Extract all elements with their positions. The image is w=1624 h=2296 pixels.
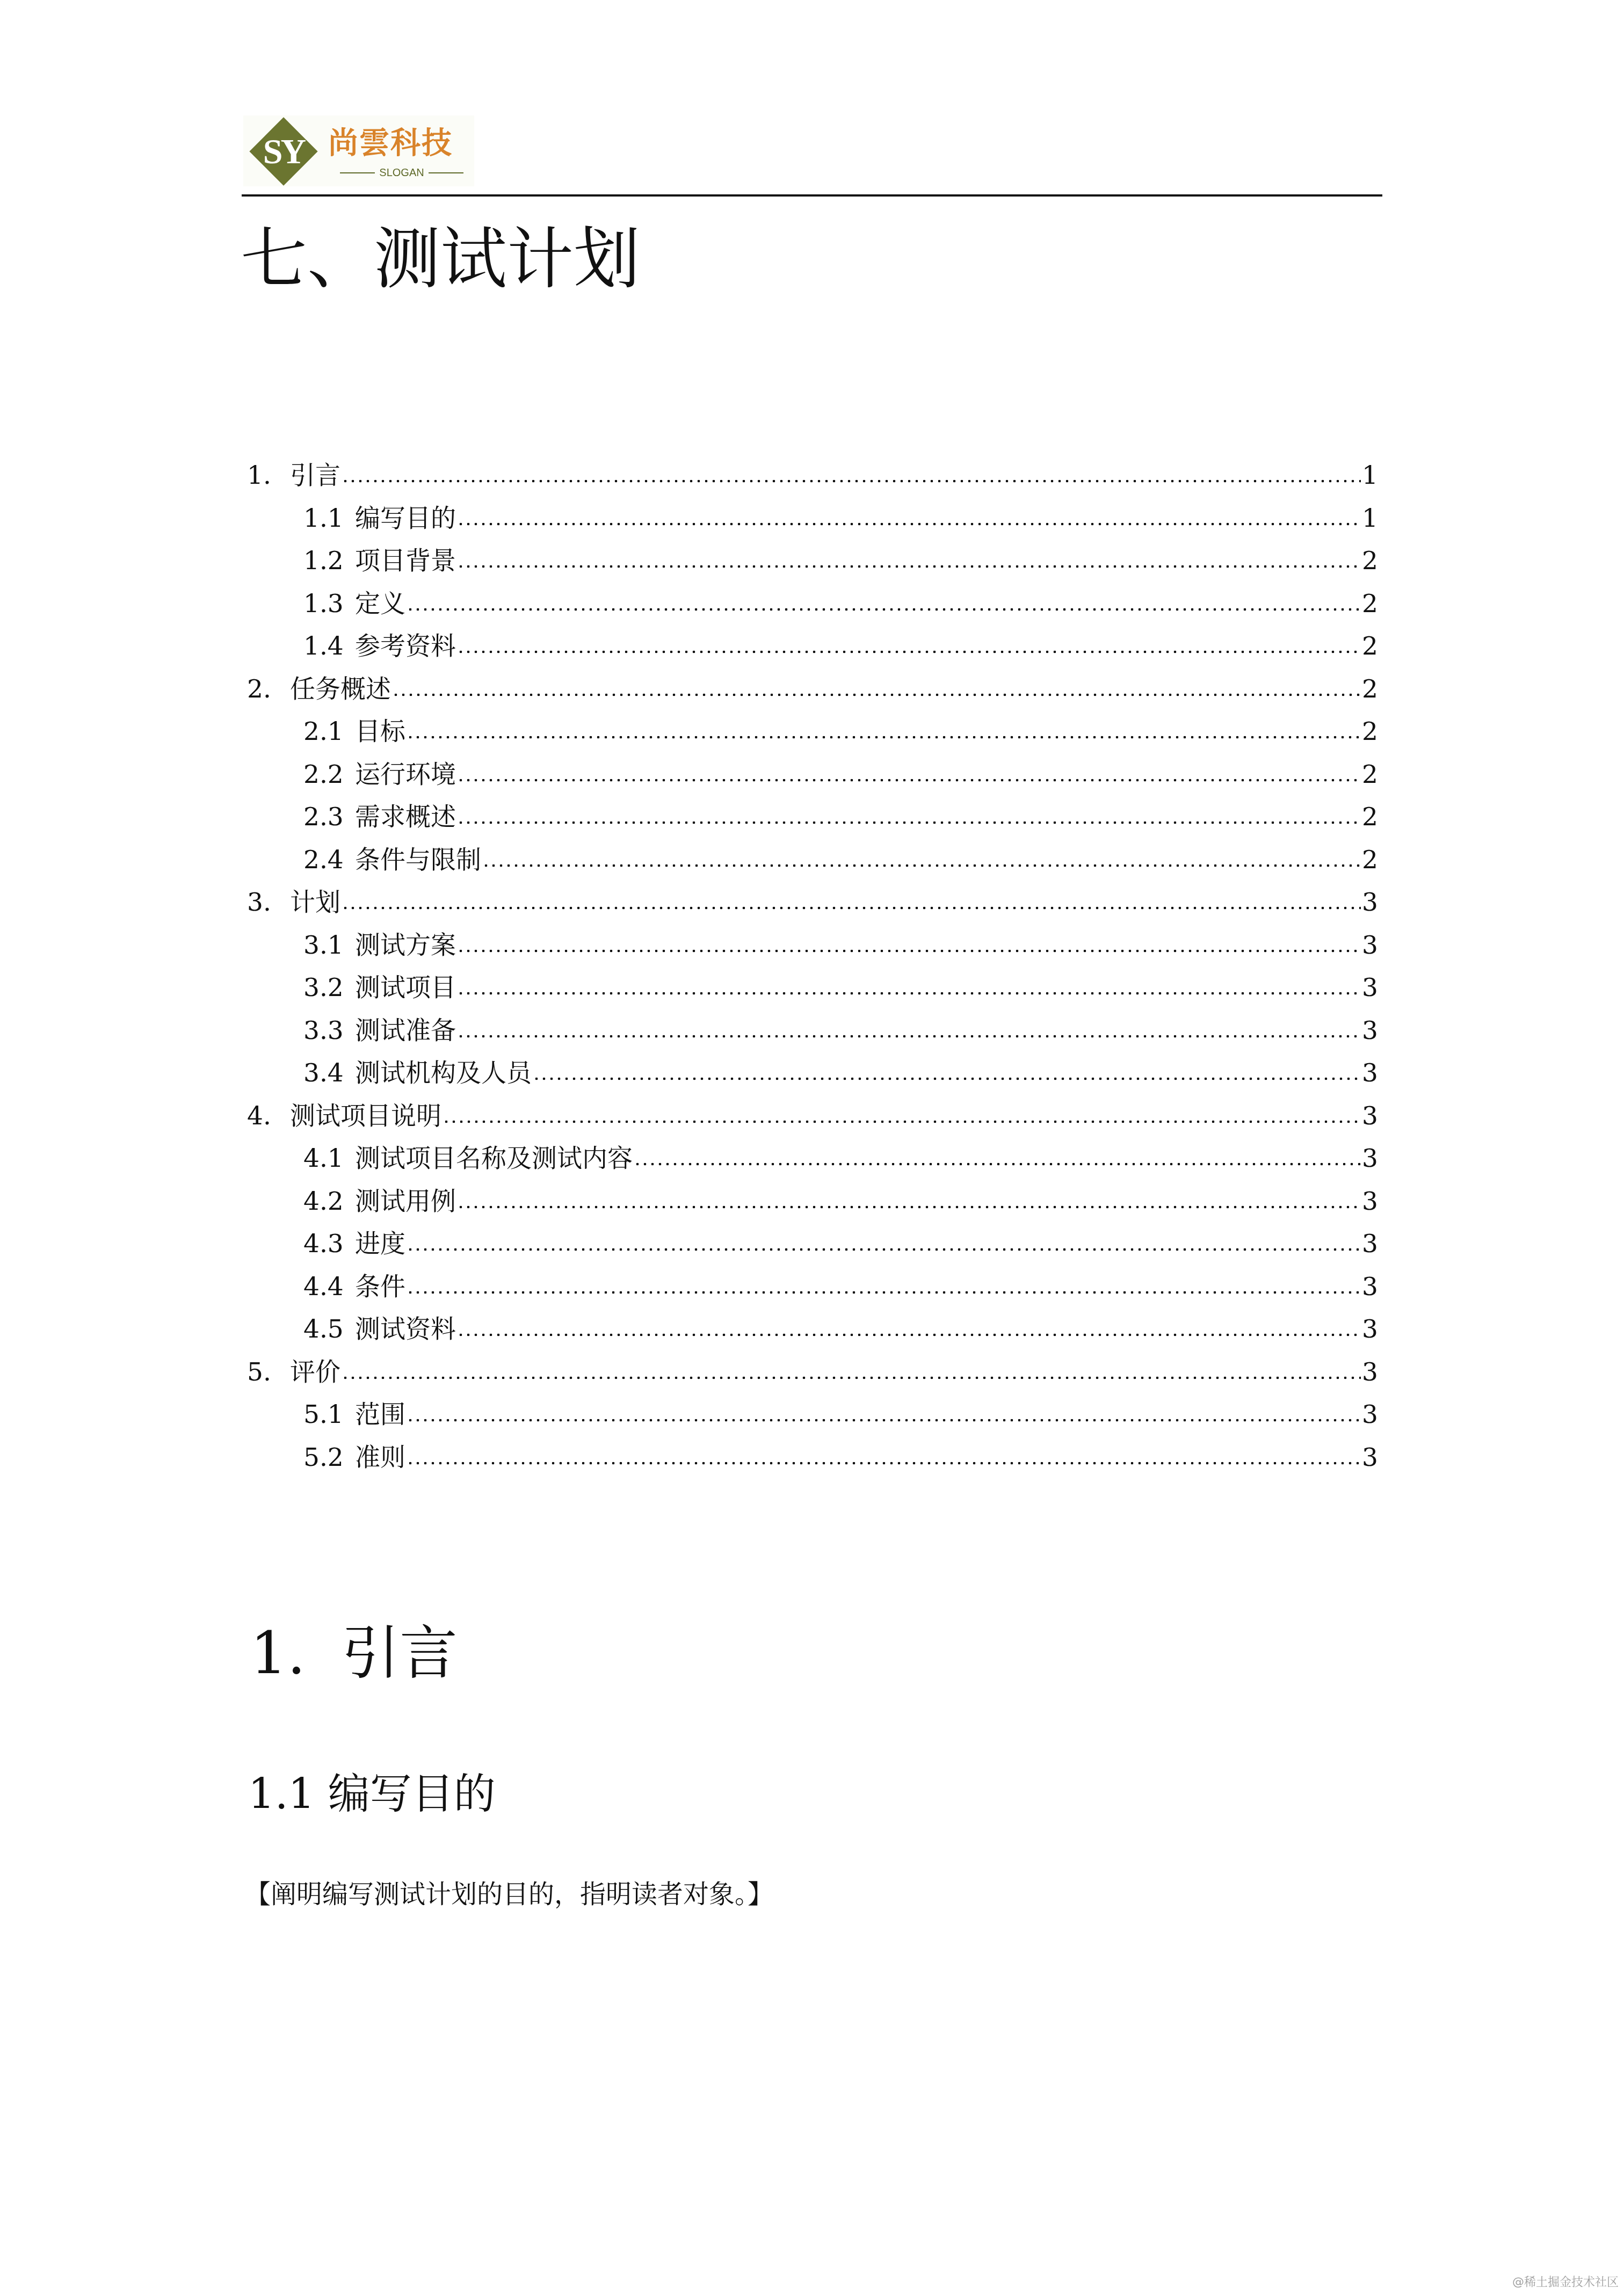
toc-entry-number: 4. [247, 1095, 290, 1138]
toc-entry-page: 3 [1362, 881, 1378, 924]
toc-dot-leader [407, 1418, 1361, 1423]
toc-entry-label: 测试机构及人员 [355, 1052, 532, 1095]
toc-entry-label: 参考资料 [355, 625, 456, 668]
slogan-text: SLOGAN [379, 167, 424, 179]
slogan-rule-left [340, 172, 375, 173]
toc-entry-number: 3.4 [303, 1052, 355, 1095]
toc-entry[interactable]: 1.3定义2 [247, 583, 1378, 626]
toc-dot-leader [342, 905, 1361, 911]
toc-entry-page: 3 [1362, 1095, 1378, 1138]
toc-entry-page: 3 [1362, 1009, 1378, 1052]
toc-entry[interactable]: 4.5测试资料3 [247, 1308, 1378, 1351]
toc-entry-page: 2 [1362, 625, 1378, 668]
header-rule [242, 194, 1382, 197]
toc-entry-label: 运行环境 [355, 753, 456, 796]
toc-entry-label: 引言 [290, 454, 340, 497]
toc-entry[interactable]: 5.2准则3 [247, 1436, 1378, 1479]
toc-entry-page: 2 [1362, 753, 1378, 796]
toc-dot-leader [342, 478, 1361, 484]
toc-entry-page: 2 [1362, 796, 1378, 839]
toc-dot-leader [457, 991, 1361, 996]
toc-entry-label: 条件 [355, 1266, 405, 1309]
toc-entry-number: 5. [247, 1351, 290, 1394]
toc-entry-label: 测试项目 [355, 967, 456, 1009]
toc-entry-label: 需求概述 [355, 796, 456, 839]
toc-entry-number: 3.2 [303, 967, 355, 1009]
toc-entry-label: 准则 [355, 1436, 405, 1479]
toc-entry[interactable]: 1.1编写目的1 [247, 497, 1378, 540]
slogan-rule-right [429, 172, 463, 173]
toc-entry-label: 测试资料 [355, 1308, 456, 1351]
toc-entry[interactable]: 3.1测试方案3 [247, 924, 1378, 967]
toc-dot-leader [392, 692, 1361, 697]
toc-entry[interactable]: 4.测试项目说明3 [247, 1095, 1378, 1138]
toc-entry[interactable]: 3.计划3 [247, 881, 1378, 924]
logo-company-name: 尚雲科技 [328, 124, 468, 162]
toc-dot-leader [457, 1034, 1361, 1039]
logo-monogram: SY [251, 132, 316, 172]
toc-entry-page: 3 [1362, 1137, 1378, 1180]
toc-entry-label: 测试准备 [355, 1009, 456, 1052]
toc-entry-label: 任务概述 [290, 668, 391, 711]
toc-entry-label: 测试方案 [355, 924, 456, 967]
toc-entry-number: 4.5 [303, 1308, 355, 1351]
toc-entry-number: 1. [247, 454, 290, 497]
toc-dot-leader [482, 863, 1361, 868]
toc-dot-leader [342, 1375, 1361, 1380]
toc-dot-leader [407, 607, 1361, 612]
toc-dot-leader [457, 564, 1361, 569]
toc-dot-leader [457, 649, 1361, 655]
document-title: 七、测试计划 [241, 219, 640, 300]
table-of-contents: 1.引言11.1编写目的11.2项目背景21.3定义21.4参考资料22.任务概… [247, 454, 1378, 1479]
toc-entry-page: 2 [1362, 710, 1378, 753]
toc-entry-label: 测试用例 [355, 1180, 456, 1223]
toc-entry[interactable]: 1.4参考资料2 [247, 625, 1378, 668]
toc-entry-page: 1 [1362, 454, 1378, 497]
toc-entry[interactable]: 1.2项目背景2 [247, 540, 1378, 583]
section-title: 引言 [342, 1620, 458, 1687]
toc-dot-leader [457, 1332, 1361, 1338]
toc-entry[interactable]: 5.评价3 [247, 1351, 1378, 1394]
toc-entry-number: 4.2 [303, 1180, 355, 1223]
toc-entry-number: 3. [247, 881, 290, 924]
toc-entry-number: 2. [247, 668, 290, 711]
toc-entry-number: 3.3 [303, 1009, 355, 1052]
toc-entry[interactable]: 2.1目标2 [247, 710, 1378, 753]
toc-entry[interactable]: 4.4条件3 [247, 1266, 1378, 1309]
toc-dot-leader [457, 1204, 1361, 1210]
toc-dot-leader [407, 735, 1361, 740]
toc-entry-number: 1.2 [303, 540, 355, 583]
toc-dot-leader [457, 778, 1361, 783]
toc-dot-leader [407, 1247, 1361, 1252]
toc-entry-number: 5.1 [303, 1393, 355, 1436]
body-paragraph: 【阐明编写测试计划的目的，指明读者对象。】 [245, 1877, 773, 1912]
toc-entry[interactable]: 1.引言1 [247, 454, 1378, 497]
toc-entry-number: 2.4 [303, 839, 355, 882]
toc-entry-page: 3 [1362, 967, 1378, 1009]
toc-entry-page: 3 [1362, 1266, 1378, 1309]
toc-entry-page: 3 [1362, 1308, 1378, 1351]
toc-entry-number: 5.2 [303, 1436, 355, 1479]
toc-entry-page: 2 [1362, 583, 1378, 626]
toc-entry[interactable]: 4.3进度3 [247, 1223, 1378, 1266]
toc-entry[interactable]: 4.2测试用例3 [247, 1180, 1378, 1223]
toc-entry-number: 4.4 [303, 1266, 355, 1309]
toc-entry[interactable]: 2.2运行环境2 [247, 753, 1378, 796]
company-logo: SY 尚雲科技 SLOGAN [243, 115, 474, 186]
toc-entry[interactable]: 2.4条件与限制2 [247, 839, 1378, 882]
toc-entry[interactable]: 5.1范围3 [247, 1393, 1378, 1436]
toc-entry-number: 1.3 [303, 583, 355, 626]
toc-dot-leader [443, 1119, 1361, 1124]
toc-entry-label: 范围 [355, 1393, 405, 1436]
toc-entry-label: 进度 [355, 1223, 405, 1266]
toc-entry-number: 2.1 [303, 710, 355, 753]
toc-entry-page: 3 [1362, 1052, 1378, 1095]
toc-dot-leader [457, 820, 1361, 825]
toc-dot-leader [407, 1461, 1361, 1466]
toc-entry[interactable]: 4.1测试项目名称及测试内容3 [247, 1137, 1378, 1180]
toc-entry-number: 4.1 [303, 1137, 355, 1180]
toc-entry-label: 项目背景 [355, 540, 456, 583]
section-number: 1. [250, 1616, 342, 1691]
toc-dot-leader [457, 521, 1361, 527]
toc-entry-page: 3 [1362, 1436, 1378, 1479]
toc-entry-page: 1 [1362, 497, 1378, 540]
toc-entry-page: 3 [1362, 1351, 1378, 1394]
toc-entry-page: 2 [1362, 540, 1378, 583]
toc-entry[interactable]: 3.3测试准备3 [247, 1009, 1378, 1052]
toc-entry-number: 2.2 [303, 753, 355, 796]
toc-entry-number: 4.3 [303, 1223, 355, 1266]
toc-entry-label: 条件与限制 [355, 839, 481, 882]
toc-entry-page: 3 [1362, 1223, 1378, 1266]
toc-entry-page: 3 [1362, 924, 1378, 967]
toc-entry-label: 测试项目名称及测试内容 [355, 1137, 633, 1180]
toc-entry-label: 计划 [290, 881, 340, 924]
toc-entry[interactable]: 2.任务概述2 [247, 668, 1378, 711]
toc-entry-label: 编写目的 [355, 497, 456, 540]
toc-dot-leader [407, 1290, 1361, 1295]
watermark: @稀土掘金技术社区 [1512, 2273, 1619, 2290]
toc-entry-label: 测试项目说明 [290, 1095, 441, 1138]
toc-entry-label: 目标 [355, 710, 405, 753]
toc-entry-page: 2 [1362, 839, 1378, 882]
toc-entry-page: 3 [1362, 1180, 1378, 1223]
logo-slogan: SLOGAN [340, 167, 463, 179]
section-heading: 1.引言 [250, 1616, 458, 1691]
toc-entry[interactable]: 2.3需求概述2 [247, 796, 1378, 839]
toc-entry-page: 2 [1362, 668, 1378, 711]
toc-entry-number: 1.1 [303, 497, 355, 540]
toc-entry-label: 定义 [355, 583, 405, 626]
toc-entry-number: 3.1 [303, 924, 355, 967]
toc-entry-number: 1.4 [303, 625, 355, 668]
toc-entry[interactable]: 3.2测试项目3 [247, 967, 1378, 1009]
toc-entry-page: 3 [1362, 1393, 1378, 1436]
toc-entry[interactable]: 3.4测试机构及人员3 [247, 1052, 1378, 1095]
toc-entry-number: 2.3 [303, 796, 355, 839]
toc-dot-leader [634, 1161, 1361, 1167]
toc-entry-label: 评价 [290, 1351, 340, 1394]
subsection-heading: 1.1 编写目的 [248, 1767, 496, 1822]
toc-dot-leader [457, 948, 1361, 954]
toc-dot-leader [533, 1076, 1361, 1081]
